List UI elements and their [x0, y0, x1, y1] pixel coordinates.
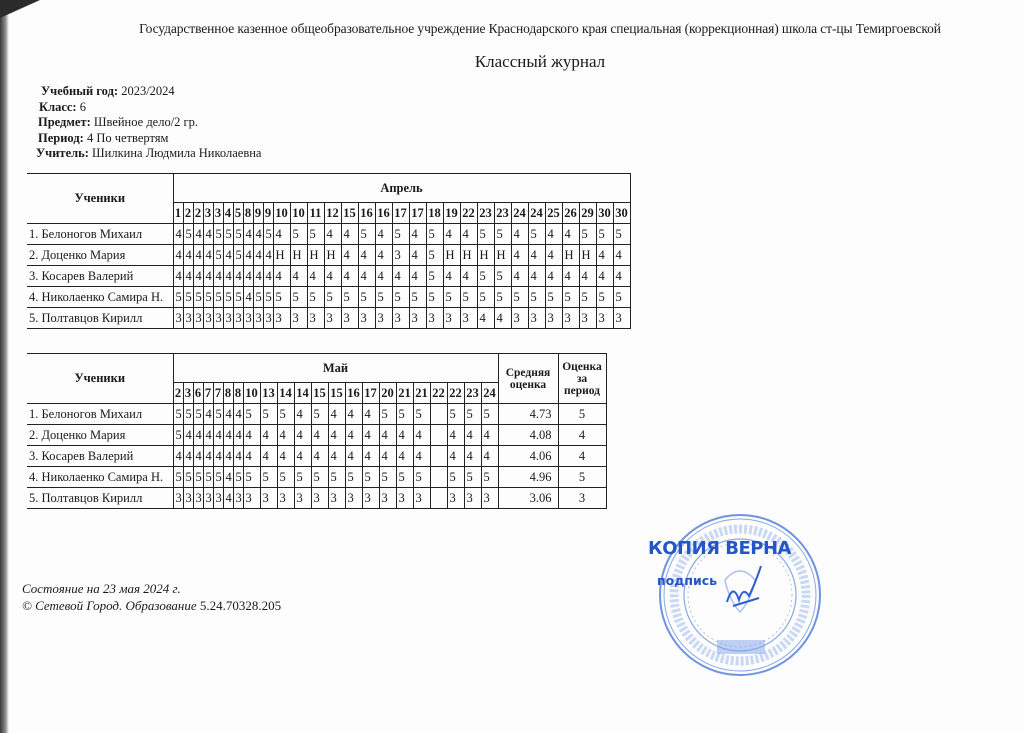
grade-cell: Н	[562, 245, 579, 266]
period-grade: 4	[558, 446, 606, 467]
grade-cell: 5	[213, 404, 223, 425]
grade-cell: 4	[443, 266, 460, 287]
student-name: 1. Белоногов Михаил	[27, 224, 173, 245]
grade-cell: 4	[613, 266, 630, 287]
day-header: 22	[460, 203, 477, 224]
grade-cell: 3	[341, 308, 358, 329]
grade-cell: 5	[253, 287, 263, 308]
meta-class: Класс: 6	[39, 100, 261, 116]
grade-cell: 5	[260, 404, 277, 425]
average-grade: 3.06	[498, 488, 558, 509]
grade-cell: 4	[447, 425, 464, 446]
day-header: 21	[413, 383, 430, 404]
copy-certified-label: КОПИЯ ВЕРНА	[648, 538, 791, 559]
grade-cell: 5	[613, 287, 630, 308]
students-header: Ученики	[27, 174, 173, 224]
day-header: 2	[193, 203, 203, 224]
grade-cell: 4	[596, 266, 613, 287]
grade-cell: 3	[579, 308, 596, 329]
grade-cell: 3	[545, 308, 562, 329]
grade-cell: 4	[396, 446, 413, 467]
grade-cell: 5	[183, 404, 193, 425]
grade-cell: 4	[294, 446, 311, 467]
journal-meta: Учебный год: 2023/2024 Класс: 6 Предмет:…	[39, 84, 261, 162]
day-header: 14	[277, 383, 294, 404]
grade-cell: 5	[173, 425, 183, 446]
grade-cell: 5	[311, 404, 328, 425]
grade-cell: Н	[290, 245, 307, 266]
grade-cell: Н	[494, 245, 511, 266]
grade-cell: 3	[213, 308, 223, 329]
grade-cell: 3	[409, 308, 426, 329]
grade-cell: 5	[277, 404, 294, 425]
grade-cell: 3	[233, 308, 243, 329]
student-name: 5. Полтавцов Кирилл	[27, 308, 173, 329]
grade-cell: 5	[579, 224, 596, 245]
grade-cell: 5	[193, 287, 203, 308]
day-header: 13	[260, 383, 277, 404]
grade-cell: 4	[273, 266, 290, 287]
grade-cell: 5	[447, 404, 464, 425]
grade-cell: 5	[413, 404, 430, 425]
grade-cell: 4	[223, 467, 233, 488]
grade-cell: 4	[596, 245, 613, 266]
status-date: Состояние на 23 мая 2024 г.	[22, 580, 281, 597]
grade-cell: 5	[528, 287, 545, 308]
student-name: 3. Косарев Валерий	[27, 446, 173, 467]
average-grade: 4.08	[498, 425, 558, 446]
grade-cell: 5	[596, 287, 613, 308]
grade-cell: 4	[294, 404, 311, 425]
student-name: 2. Доценко Мария	[27, 245, 173, 266]
grade-cell: 4	[263, 266, 273, 287]
day-header: 22	[430, 383, 447, 404]
day-header: 4	[223, 203, 233, 224]
grade-cell: 4	[233, 404, 243, 425]
grade-cell: 3	[183, 488, 193, 509]
day-header: 2	[173, 383, 183, 404]
grade-cell: 4	[409, 245, 426, 266]
grade-cell: 4	[409, 224, 426, 245]
grade-cell: 3	[253, 308, 263, 329]
grade-cell: 5	[358, 224, 375, 245]
grade-cell: 5	[341, 287, 358, 308]
day-header: 9	[263, 203, 273, 224]
grade-cell: 4	[193, 425, 203, 446]
grade-cell: 3	[277, 488, 294, 509]
grade-cell: 4	[243, 266, 253, 287]
grade-cell: 3	[203, 488, 213, 509]
grade-cell: 5	[277, 467, 294, 488]
grade-cell: 3	[324, 308, 341, 329]
grade-cell: 5	[562, 287, 579, 308]
day-header: 25	[545, 203, 562, 224]
month-header: Апрель	[173, 174, 630, 203]
grade-cell: Н	[273, 245, 290, 266]
day-header: 16	[375, 203, 392, 224]
grade-cell: Н	[477, 245, 494, 266]
grade-cell: 4	[324, 266, 341, 287]
grade-cell: 5	[443, 287, 460, 308]
grade-cell: 4	[203, 245, 213, 266]
student-name: 5. Полтавцов Кирилл	[27, 488, 173, 509]
grade-cell: 4	[203, 404, 213, 425]
grade-cell: 4	[307, 266, 324, 287]
grade-cell: 4	[481, 446, 498, 467]
grade-cell: 5	[173, 287, 183, 308]
period-grade-header: Оценка за период	[558, 354, 606, 404]
grade-cell: 3	[443, 308, 460, 329]
grade-cell: 5	[233, 224, 243, 245]
grade-cell: 4	[233, 266, 243, 287]
grade-cell: 5	[345, 467, 362, 488]
grade-cell: 4	[443, 224, 460, 245]
grade-cell: 4	[528, 266, 545, 287]
grade-cell: 3	[213, 488, 223, 509]
grade-cell: 4	[260, 446, 277, 467]
grade-cell: 5	[290, 287, 307, 308]
student-row: 3. Косарев Валерий4444444444444444444544…	[27, 266, 630, 287]
grade-cell: 3	[307, 308, 324, 329]
grade-cell: 4	[253, 245, 263, 266]
day-header: 22	[447, 383, 464, 404]
grade-cell: 5	[375, 287, 392, 308]
student-row: 4. Николаенко Самира Н.55555455555555555…	[27, 467, 606, 488]
grade-cell: 5	[183, 224, 193, 245]
grade-cell: 5	[528, 224, 545, 245]
grade-cell: 4	[375, 266, 392, 287]
student-name: 4. Николаенко Самира Н.	[27, 467, 173, 488]
grade-cell: 5	[362, 467, 379, 488]
grade-cell: 4	[173, 224, 183, 245]
grade-cell: Н	[460, 245, 477, 266]
grade-cell: 4	[193, 245, 203, 266]
grade-cell: 3	[173, 308, 183, 329]
grade-cell: 4	[545, 266, 562, 287]
student-row: 5. Полтавцов Кирилл333333333333333333333…	[27, 308, 630, 329]
day-header: 17	[392, 203, 409, 224]
grade-cell: 5	[447, 467, 464, 488]
grade-cell: 4	[341, 266, 358, 287]
grade-cell: 3	[223, 308, 233, 329]
grade-cell: 3	[481, 488, 498, 509]
grade-cell: 4	[341, 245, 358, 266]
grade-cell: 4	[260, 425, 277, 446]
grade-cell: 4	[173, 446, 183, 467]
grade-cell	[430, 404, 447, 425]
period-grade: 4	[558, 425, 606, 446]
grade-cell	[430, 488, 447, 509]
grade-cell: 5	[213, 287, 223, 308]
grade-cell: 4	[345, 404, 362, 425]
grade-cell: 4	[545, 224, 562, 245]
grade-cell: 3	[273, 308, 290, 329]
grade-cell: 3	[233, 488, 243, 509]
grade-cell: 5	[426, 266, 443, 287]
day-header: 19	[443, 203, 460, 224]
day-header: 1	[173, 203, 183, 224]
grade-cell: 5	[579, 287, 596, 308]
day-header: 3	[203, 203, 213, 224]
grade-cell: 4	[203, 425, 213, 446]
grade-cell: 5	[311, 467, 328, 488]
grade-cell: 4	[223, 446, 233, 467]
day-header: 23	[494, 203, 511, 224]
period-grade: 5	[558, 404, 606, 425]
period-grade: 5	[558, 467, 606, 488]
grade-cell: 5	[307, 287, 324, 308]
grade-cell: 3	[396, 488, 413, 509]
grade-cell: 5	[183, 287, 193, 308]
average-grade: 4.73	[498, 404, 558, 425]
grade-cell: 4	[294, 425, 311, 446]
grade-cell: 5	[193, 467, 203, 488]
school-seal-stamp-icon	[655, 510, 825, 680]
grade-cell: 5	[460, 287, 477, 308]
day-header: 18	[426, 203, 443, 224]
signature-label: подпись	[657, 573, 717, 588]
grade-cell: 4	[460, 224, 477, 245]
grade-cell: 5	[494, 266, 511, 287]
grade-cell: 4	[375, 245, 392, 266]
grade-cell: 5	[213, 224, 223, 245]
grade-cell: 4	[460, 266, 477, 287]
grade-cell: 5	[392, 224, 409, 245]
grade-cell: 4	[173, 245, 183, 266]
day-header: 2	[183, 203, 193, 224]
grade-cell: 5	[328, 467, 345, 488]
grade-cell: 4	[392, 266, 409, 287]
grade-cell: 4	[545, 245, 562, 266]
grade-cell: 5	[263, 224, 273, 245]
student-name: 2. Доценко Мария	[27, 425, 173, 446]
grade-cell: 5	[379, 467, 396, 488]
grade-cell: 5	[392, 287, 409, 308]
day-header: 16	[345, 383, 362, 404]
grade-cell: 4	[290, 266, 307, 287]
grade-cell: 5	[173, 467, 183, 488]
day-header: 21	[396, 383, 413, 404]
grade-cell: 4	[183, 245, 193, 266]
grade-cell: 5	[203, 467, 213, 488]
grade-cell: 5	[263, 287, 273, 308]
day-header: 23	[477, 203, 494, 224]
grade-cell: 3	[392, 245, 409, 266]
average-grade: 4.06	[498, 446, 558, 467]
grade-cell: 5	[545, 287, 562, 308]
student-row: 2. Доценко Мария4444545444НННН444345НННН…	[27, 245, 630, 266]
day-header: 10	[273, 203, 290, 224]
grade-cell: 3	[183, 308, 193, 329]
grade-cell: 4	[223, 266, 233, 287]
grade-cell: 4	[375, 224, 392, 245]
grade-cell: 5	[613, 224, 630, 245]
meta-period: Период: 4 По четвертям	[38, 131, 261, 147]
grade-cell: 3	[328, 488, 345, 509]
student-name: 1. Белоногов Михаил	[27, 404, 173, 425]
grade-cell: 4	[324, 224, 341, 245]
day-header: 10	[290, 203, 307, 224]
grade-cell: 3	[260, 488, 277, 509]
month-header: Май	[173, 354, 498, 383]
grade-cell: 5	[294, 467, 311, 488]
grade-cell: 3	[358, 308, 375, 329]
organization-name: Государственное казенное общеобразовател…	[0, 21, 1024, 37]
grade-cell: 5	[324, 287, 341, 308]
day-header: 17	[362, 383, 379, 404]
grade-cell: 4	[253, 266, 263, 287]
grade-cell: 3	[464, 488, 481, 509]
grade-cell: 5	[233, 467, 243, 488]
grade-cell: 3	[203, 308, 213, 329]
grade-cell: 3	[596, 308, 613, 329]
grade-cell: 5	[358, 287, 375, 308]
day-header: 8	[223, 383, 233, 404]
grade-cell: 4	[223, 488, 233, 509]
grade-cell: 4	[277, 425, 294, 446]
grade-cell: 5	[494, 287, 511, 308]
day-header: 14	[294, 383, 311, 404]
day-header: 16	[358, 203, 375, 224]
day-header: 24	[481, 383, 498, 404]
grade-cell: 4	[511, 266, 528, 287]
grade-cell: 4	[183, 425, 193, 446]
grade-cell: 4	[193, 446, 203, 467]
grade-cell: 4	[183, 266, 193, 287]
version: 5.24.70328.205	[200, 598, 281, 613]
grade-cell: 3	[511, 308, 528, 329]
grade-cell: 3	[263, 308, 273, 329]
grade-cell: 5	[464, 467, 481, 488]
grade-cell: 3	[243, 308, 253, 329]
grade-cell: 4	[277, 446, 294, 467]
grade-cell: 3	[392, 308, 409, 329]
student-row: 4. Николаенко Самира Н.55555554555555555…	[27, 287, 630, 308]
day-header: 15	[341, 203, 358, 224]
grade-cell: 4	[183, 446, 193, 467]
grade-cell: 4	[328, 404, 345, 425]
grade-cell: 4	[396, 425, 413, 446]
grade-cell: 5	[396, 467, 413, 488]
grade-cell: 4	[253, 224, 263, 245]
grade-cell: 5	[233, 287, 243, 308]
grade-cell: 3	[426, 308, 443, 329]
grade-cell: 5	[223, 287, 233, 308]
grade-cell: 5	[413, 467, 430, 488]
grade-cell: Н	[307, 245, 324, 266]
grade-cell: 3	[562, 308, 579, 329]
grade-cell: 5	[379, 404, 396, 425]
grade-cell: 4	[311, 425, 328, 446]
grade-cell: 4	[273, 224, 290, 245]
grade-cell: 4	[613, 245, 630, 266]
grade-cell: 4	[579, 266, 596, 287]
grade-cell: 4	[233, 425, 243, 446]
grade-cell: 4	[193, 266, 203, 287]
student-row: 3. Косарев Валерий4444444444444444444444…	[27, 446, 606, 467]
grade-cell: 4	[409, 266, 426, 287]
grade-cell: 4	[511, 245, 528, 266]
day-header: 24	[511, 203, 528, 224]
meta-teacher: Учитель: Шилкина Людмила Николаевна	[36, 146, 261, 162]
grade-cell: 3	[375, 308, 392, 329]
grade-cell: 4	[213, 425, 223, 446]
day-header: 23	[464, 383, 481, 404]
grade-cell: 3	[447, 488, 464, 509]
grade-cell: 5	[494, 224, 511, 245]
student-row: 1. Белоногов Михаил454455544545544545454…	[27, 224, 630, 245]
student-name: 3. Косарев Валерий	[27, 266, 173, 287]
day-header: 8	[243, 203, 253, 224]
day-header: 3	[213, 203, 223, 224]
day-header: 29	[579, 203, 596, 224]
grade-cell: 5	[173, 404, 183, 425]
grade-cell: 4	[243, 446, 260, 467]
meta-subject: Предмет: Швейное дело/2 гр.	[38, 115, 261, 131]
grade-cell	[430, 467, 447, 488]
grade-cell: 5	[183, 467, 193, 488]
grade-cell: 5	[233, 245, 243, 266]
grade-cell: 5	[290, 224, 307, 245]
grade-cell: 4	[328, 425, 345, 446]
grade-cell: 3	[528, 308, 545, 329]
day-header: 7	[203, 383, 213, 404]
grade-cell: 5	[477, 266, 494, 287]
day-header: 30	[613, 203, 630, 224]
grade-cell: Н	[443, 245, 460, 266]
grade-cell: Н	[579, 245, 596, 266]
day-header: 24	[528, 203, 545, 224]
grade-cell: 5	[477, 287, 494, 308]
grade-cell: 4	[243, 224, 253, 245]
grade-cell: 4	[358, 266, 375, 287]
day-header: 10	[243, 383, 260, 404]
grade-cell: 3	[193, 488, 203, 509]
document-title: Классный журнал	[0, 52, 1024, 72]
grade-cell: 4	[477, 308, 494, 329]
grade-cell: 4	[193, 224, 203, 245]
grade-cell: 5	[213, 467, 223, 488]
students-header: Ученики	[27, 354, 173, 404]
grade-cell: 4	[223, 404, 233, 425]
grade-cell: 4	[413, 425, 430, 446]
day-header: 15	[328, 383, 345, 404]
day-header: 12	[324, 203, 341, 224]
grade-cell: 4	[173, 266, 183, 287]
grade-cell: 4	[362, 425, 379, 446]
day-header: 9	[253, 203, 263, 224]
grade-cell: 4	[481, 425, 498, 446]
grade-cell: 4	[341, 224, 358, 245]
grade-cell: 4	[233, 446, 243, 467]
grade-cell: 4	[243, 245, 253, 266]
grade-cell: Н	[324, 245, 341, 266]
grade-cell: 4	[213, 266, 223, 287]
grade-cell: 3	[243, 488, 260, 509]
day-header: 8	[233, 383, 243, 404]
grade-cell: 4	[562, 266, 579, 287]
grade-cell: 4	[345, 425, 362, 446]
grade-cell: 4	[464, 446, 481, 467]
grade-cell: 4	[464, 425, 481, 446]
grade-cell: 5	[511, 287, 528, 308]
grade-cell: 5	[426, 245, 443, 266]
footer: Состояние на 23 мая 2024 г. © Сетевой Го…	[22, 580, 281, 614]
grade-cell: 5	[203, 287, 213, 308]
day-header: 30	[596, 203, 613, 224]
grade-cell: 4	[413, 446, 430, 467]
grade-cell: 3	[345, 488, 362, 509]
